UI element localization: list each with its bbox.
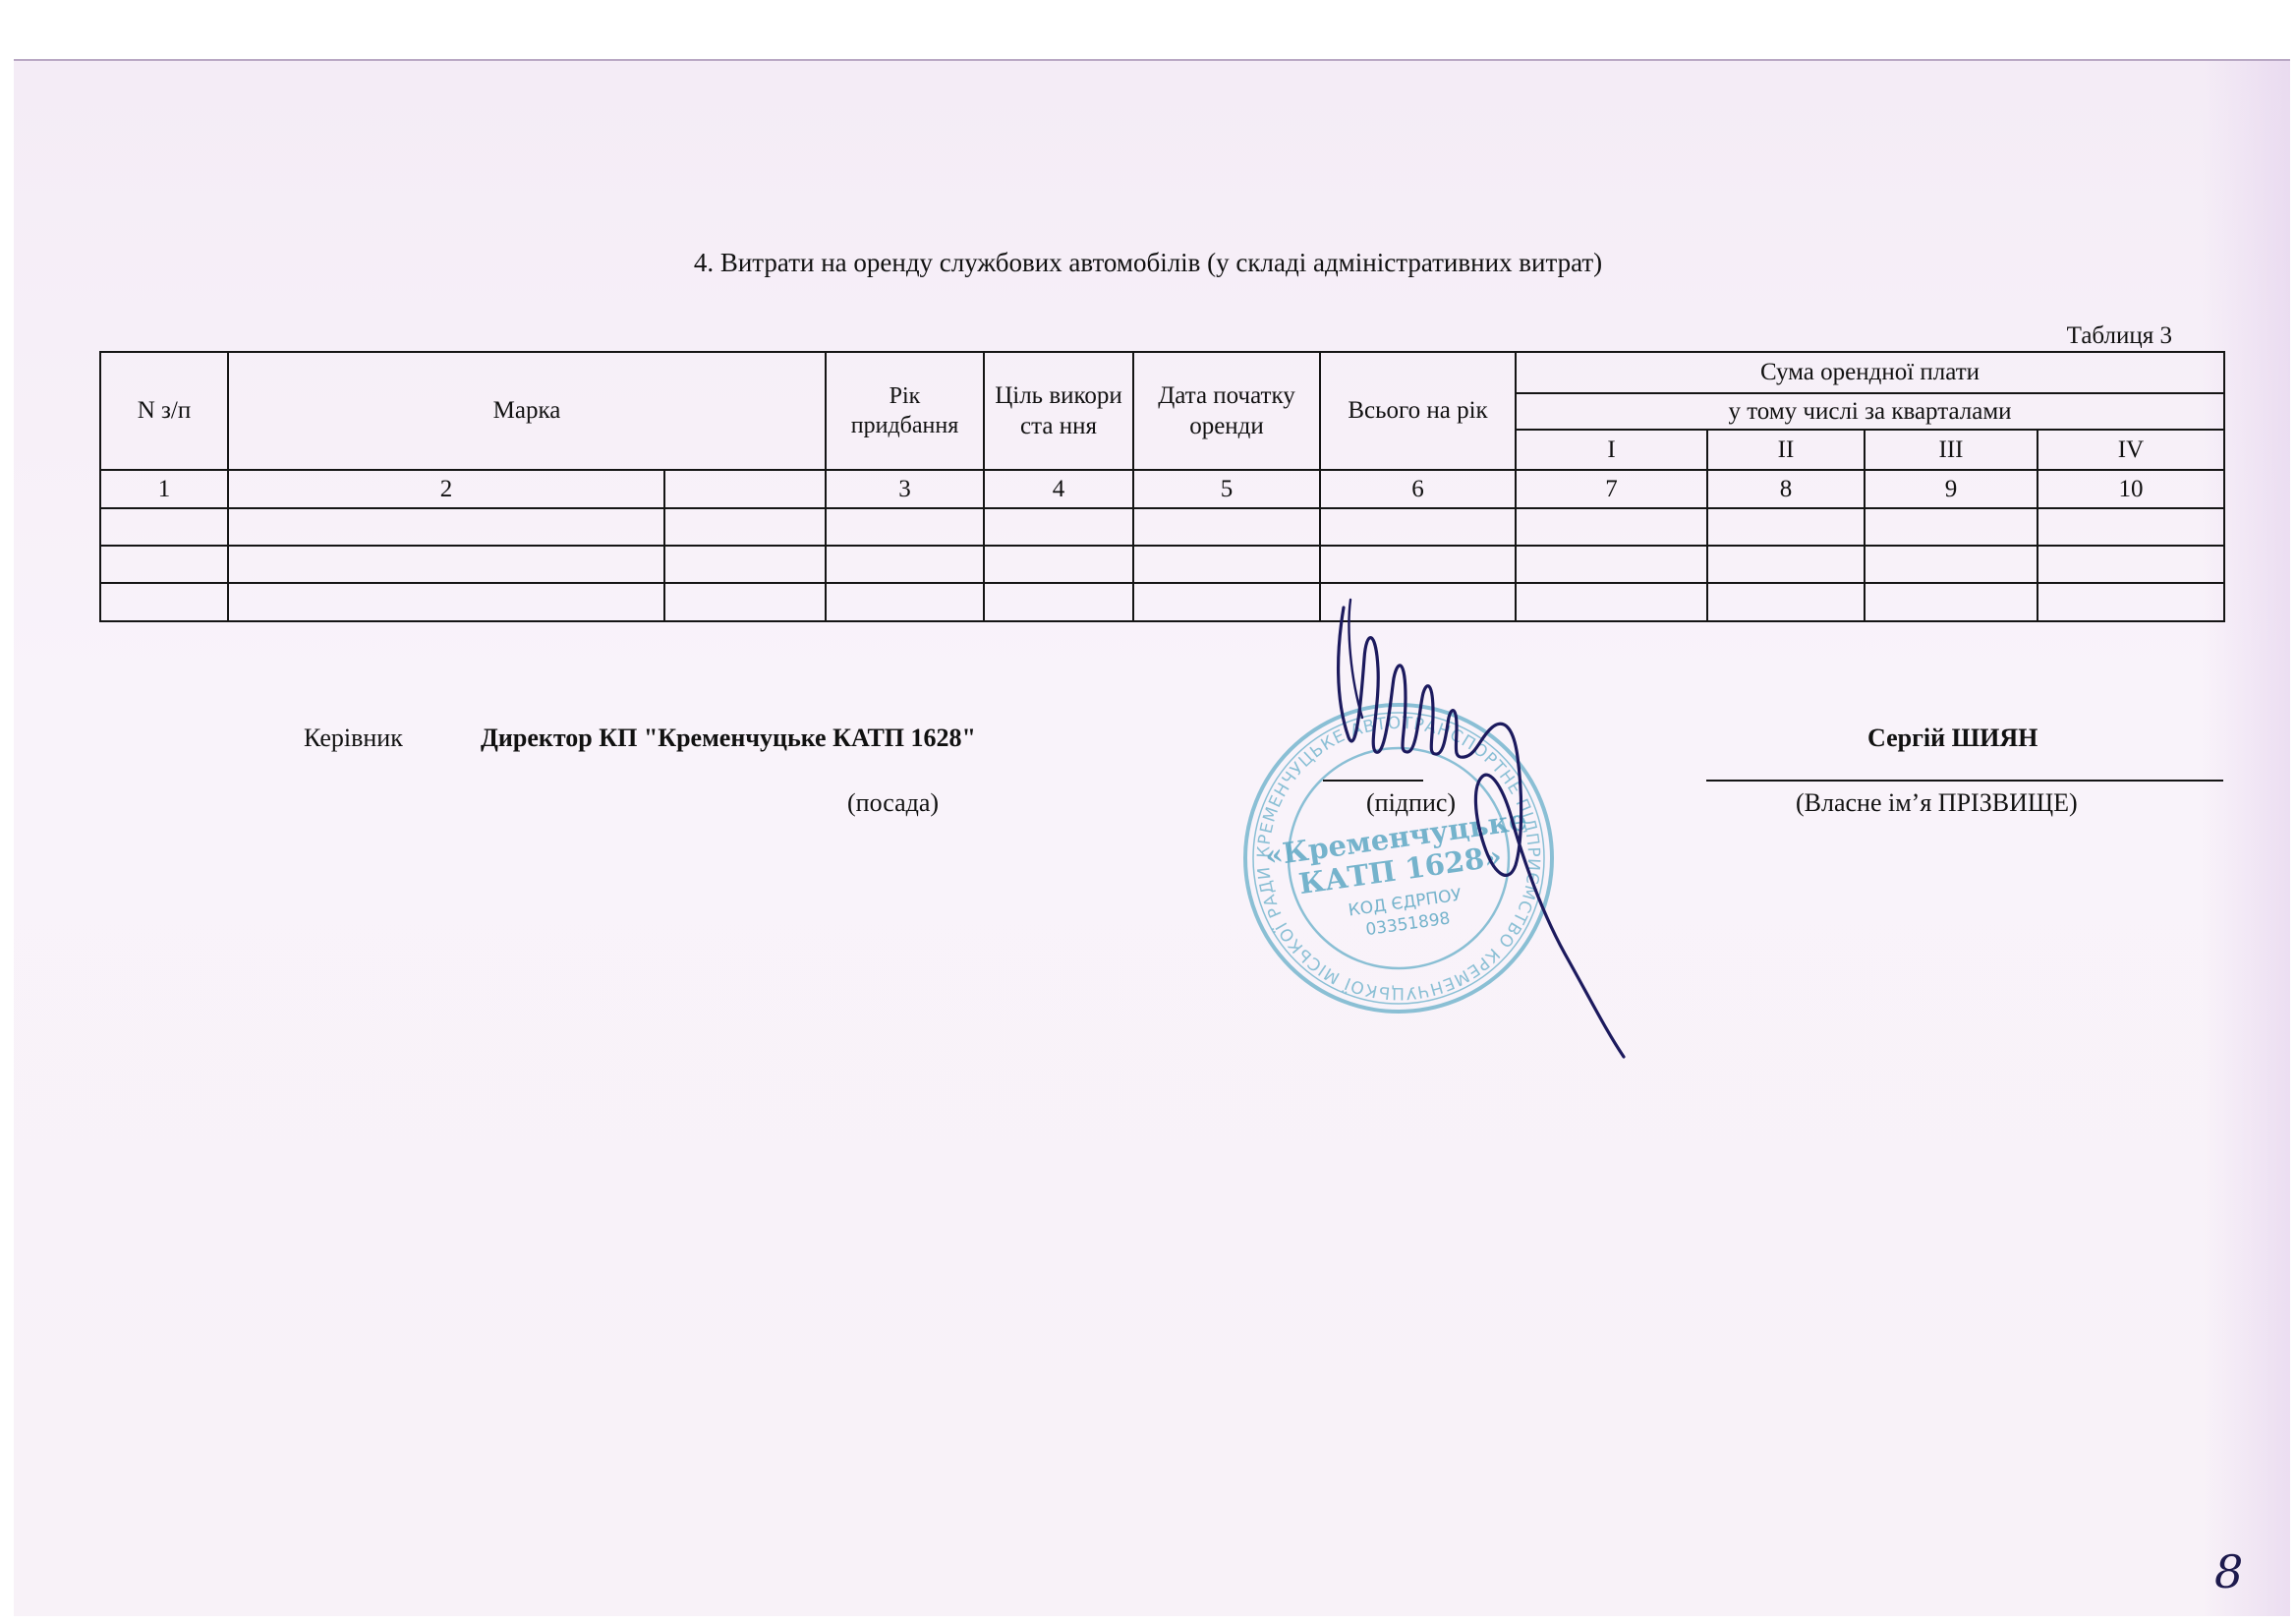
table-cell xyxy=(228,546,664,583)
header-num: N з/п xyxy=(100,352,228,470)
header-brand: Марка xyxy=(228,352,826,470)
rental-costs-table: N з/п Марка Рік придбання Ціль використа… xyxy=(99,351,2225,622)
col-num: 3 xyxy=(826,470,984,508)
header-rent-sum: Сума орендної плати xyxy=(1516,352,2224,393)
header-start-date: Дата початку оренди xyxy=(1133,352,1320,470)
header-by-quarters: у тому числі за кварталами xyxy=(1516,393,2224,430)
header-purpose: Ціль використа ння xyxy=(984,352,1133,470)
header-q2: II xyxy=(1707,430,1865,470)
table-cell xyxy=(2038,508,2224,546)
name-caption: (Власне ім’я ПРІЗВИЩЕ) xyxy=(1796,788,2078,818)
col-num: 7 xyxy=(1516,470,1707,508)
table-cell xyxy=(2038,546,2224,583)
header-q1: I xyxy=(1516,430,1707,470)
table-cell xyxy=(1516,508,1707,546)
table-cell xyxy=(1865,508,2038,546)
table-cell xyxy=(826,583,984,621)
person-name: Сергій ШИЯН xyxy=(1867,724,2038,753)
table-cell xyxy=(2038,583,2224,621)
table-cell xyxy=(1865,546,2038,583)
table-cell xyxy=(100,583,228,621)
table-cell xyxy=(100,508,228,546)
header-q4: IV xyxy=(2038,430,2224,470)
table-cell xyxy=(100,546,228,583)
table-cell xyxy=(1133,583,1320,621)
header-q3: III xyxy=(1865,430,2038,470)
col-num: 4 xyxy=(984,470,1133,508)
table-label: Таблиця 3 xyxy=(2025,322,2172,350)
col-num xyxy=(664,470,826,508)
table-cell xyxy=(1707,508,1865,546)
col-num: 10 xyxy=(2038,470,2224,508)
table-cell xyxy=(664,583,826,621)
table-cell xyxy=(826,546,984,583)
page-number: 8 xyxy=(2214,1545,2243,1598)
col-num: 5 xyxy=(1133,470,1320,508)
header-year-text: Рік придбання xyxy=(846,381,964,440)
header-start-date-text: Дата початку оренди xyxy=(1138,380,1315,442)
table-cell xyxy=(1707,546,1865,583)
name-line xyxy=(1706,780,2223,782)
col-num: 6 xyxy=(1320,470,1516,508)
table-cell xyxy=(984,546,1133,583)
position-caption: (посада) xyxy=(847,788,939,818)
position-value: Директор КП "Кременчуцьке КАТП 1628" xyxy=(481,724,976,753)
table-cell xyxy=(984,583,1133,621)
table-cell xyxy=(664,546,826,583)
col-num: 9 xyxy=(1865,470,2038,508)
section-title: 4. Витрати на оренду службових автомобіл… xyxy=(0,248,2296,278)
table-cell xyxy=(1320,546,1516,583)
table-cell xyxy=(984,508,1133,546)
header-total: Всього на рік xyxy=(1320,352,1516,470)
table-cell xyxy=(826,508,984,546)
table-row xyxy=(100,508,2224,546)
table-cell xyxy=(1320,508,1516,546)
role-label: Керівник xyxy=(304,724,403,753)
table-cell xyxy=(1133,508,1320,546)
paper-sheet xyxy=(14,59,2290,1616)
table-cell xyxy=(1133,546,1320,583)
table-cell xyxy=(664,508,826,546)
table-cell xyxy=(1865,583,2038,621)
table-cell xyxy=(1516,546,1707,583)
header-purpose-text: Ціль використа ння xyxy=(990,380,1127,442)
column-number-row: 1 2 3 4 5 6 7 8 9 10 xyxy=(100,470,2224,508)
col-num: 2 xyxy=(228,470,664,508)
table-cell xyxy=(228,508,664,546)
handwritten-signature-icon xyxy=(1307,590,1779,1062)
col-num: 1 xyxy=(100,470,228,508)
table-row xyxy=(100,583,2224,621)
table-row xyxy=(100,546,2224,583)
header-year: Рік придбання xyxy=(826,352,984,470)
col-num: 8 xyxy=(1707,470,1865,508)
table-cell xyxy=(228,583,664,621)
